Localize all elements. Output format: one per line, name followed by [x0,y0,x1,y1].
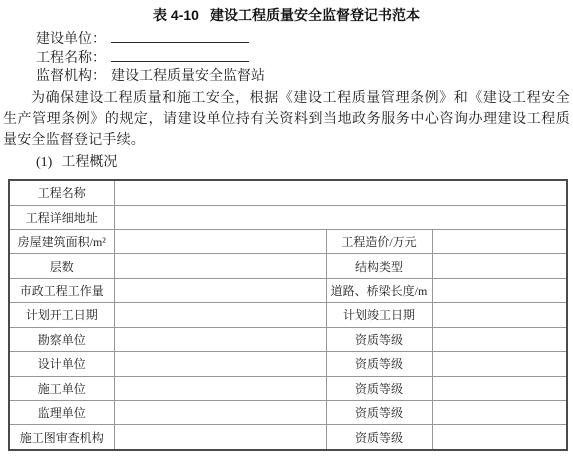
table-value-cell [432,303,567,327]
table-row: 设计单位 资质等级 [9,352,567,376]
table-value-cell [114,180,567,205]
table-title-text: 建设工程质量安全监督登记书范本 [210,7,420,23]
table-label-cell: 资质等级 [326,425,432,450]
table-value-cell [432,278,567,302]
field-label: 建设单位： [36,32,106,47]
blank-underline [111,48,249,62]
table-label-cell: 资质等级 [326,327,432,351]
table-label-cell: 房屋建筑面积/m² [9,230,114,254]
table-label-cell: 计划开工日期 [9,303,114,327]
table-row: 施工图审查机构 资质等级 [9,425,567,450]
table-value-cell [432,254,567,278]
table-row: 监理单位 资质等级 [9,400,567,424]
table-label-cell: 施工图审查机构 [9,425,114,450]
table-label-cell: 工程详细地址 [9,205,114,229]
field-construction-unit: 建设单位： [36,29,573,48]
table-row: 施工单位 资质等级 [9,376,567,400]
field-supervision-org: 监督机构：建设工程质量安全监督站 [36,67,573,86]
table-row: 计划开工日期 计划竣工日期 [9,303,567,327]
table-label-cell: 监理单位 [9,400,114,424]
table-value-cell [114,400,326,424]
table-value-cell [432,425,567,450]
table-label-cell: 资质等级 [326,352,432,376]
table-label-cell: 资质等级 [326,376,432,400]
table-value-cell [114,230,326,254]
table-number-label: 表 4-10 [153,7,199,23]
blank-underline [111,29,249,43]
field-value: 建设工程质量安全监督站 [111,69,265,84]
table-value-cell [114,254,326,278]
field-project-name: 工程名称： [36,48,573,67]
section-heading-text: 工程概况 [61,155,117,170]
table-value-cell [432,400,567,424]
table-value-cell [114,303,326,327]
table-value-cell [432,230,567,254]
table-label-cell: 资质等级 [326,400,432,424]
table-row: 房屋建筑面积/m² 工程造价/万元 [9,230,567,254]
table-label-cell: 计划竣工日期 [326,303,432,327]
project-overview-table: 工程名称 工程详细地址 房屋建筑面积/m² 工程造价/万元 层数 结构类型 市政… [8,179,568,451]
table-value-cell [114,425,326,450]
table-row: 勘察单位 资质等级 [9,327,567,351]
table-label-cell: 市政工程工作量 [9,278,114,302]
table-value-cell [432,327,567,351]
document-page: 表 4-10建设工程质量安全监督登记书范本 建设单位： 工程名称： 监督机构：建… [0,0,573,456]
table-row: 工程详细地址 [9,205,567,229]
table-label-cell: 结构类型 [326,254,432,278]
intro-paragraph: 为确保建设工程质量和施工安全，根据《建设工程质量管理条例》和《建设工程安全生产管… [3,88,570,151]
table-value-cell [432,376,567,400]
table-label-cell: 施工单位 [9,376,114,400]
table-label-cell: 层数 [9,254,114,278]
section-number: (1) [36,155,52,170]
section-heading: (1)工程概况 [36,154,573,172]
table-value-cell [114,376,326,400]
table-label-cell: 设计单位 [9,352,114,376]
table-value-cell [114,278,326,302]
page-title: 表 4-10建设工程质量安全监督登记书范本 [0,0,573,23]
table-label-cell: 道路、桥梁长度/m [326,278,432,302]
table-label-cell: 工程名称 [9,180,114,205]
table-value-cell [114,205,567,229]
table-value-cell [432,352,567,376]
table-label-cell: 勘察单位 [9,327,114,351]
table-row: 层数 结构类型 [9,254,567,278]
table-row: 工程名称 [9,180,567,205]
field-label: 工程名称： [36,51,106,66]
table-value-cell [114,352,326,376]
header-fields: 建设单位： 工程名称： 监督机构：建设工程质量安全监督站 [36,29,573,86]
field-label: 监督机构： [36,69,106,84]
table-value-cell [114,327,326,351]
table-row: 市政工程工作量 道路、桥梁长度/m [9,278,567,302]
table-label-cell: 工程造价/万元 [326,230,432,254]
